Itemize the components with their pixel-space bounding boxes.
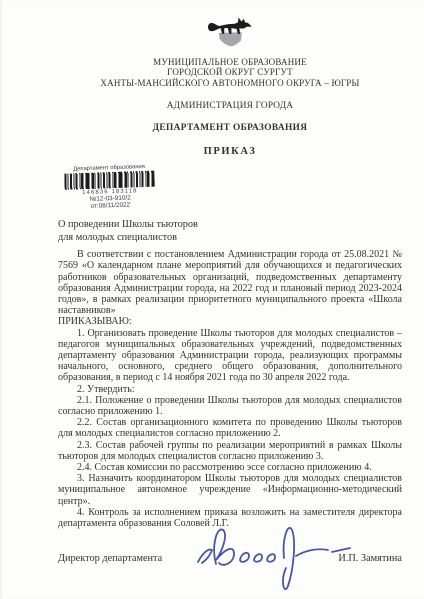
intro-paragraph: В соответствии с постановлением Админист… [58,249,402,316]
subject-line-1: О проведении Школы тьюторов [58,219,402,232]
org-name-block: МУНИЦИПАЛЬНОЕ ОБРАЗОВАНИЕ ГОРОДСКОЙ ОКРУ… [58,57,402,88]
surgut-coat-of-arms [58,14,402,48]
order-item-2: 2. Утвердить: [58,384,402,395]
order-item-4: 4. Контроль за исполнением приказа возло… [58,507,402,529]
org-line-3: ХАНТЫ-МАНСИЙСКОГО АВТОНОМНОГО ОКРУГА – Ю… [58,78,402,88]
order-item-2-3: 2.3. Состав рабочей группы по реализации… [58,440,402,462]
org-line-2: ГОРОДСКОЙ ОКРУГ СУРГУТ [58,67,402,77]
subject-line-2: для молодых специалистов [58,232,402,245]
fox-emblem-icon [207,14,253,48]
signer-name: И.П. Замятина [338,553,402,564]
administration-line: АДМИНИСТРАЦИЯ ГОРОДА [58,101,402,111]
order-item-2-4: 2.4. Состав комиссии по рассмотрению эсс… [58,462,402,473]
order-item-1: 1. Организовать проведение Школы тьюторо… [58,328,402,384]
order-item-3: 3. Назначить координатором Школы тьюторо… [58,473,402,507]
signature-row: Директор департамента И.П. Замятина [58,553,402,564]
org-line-1: МУНИЦИПАЛЬНОЕ ОБРАЗОВАНИЕ [58,57,402,67]
order-item-2-1: 2.1. Положение о проведении Школы тьютор… [58,395,402,417]
document-subject: О проведении Школы тьюторов для молодых … [58,219,402,244]
registration-stamp: Департамент образования 146836 183118 №1… [58,164,161,212]
document-body: В соответствии с постановлением Админист… [58,249,402,529]
document-page: МУНИЦИПАЛЬНОЕ ОБРАЗОВАНИЕ ГОРОДСКОЙ ОКРУ… [0,0,424,599]
document-type-title: ПРИКАЗ [58,146,402,157]
document-content: МУНИЦИПАЛЬНОЕ ОБРАЗОВАНИЕ ГОРОДСКОЙ ОКРУ… [0,0,424,564]
order-word: ПРИКАЗЫВАЮ: [58,316,402,327]
signer-title: Директор департамента [58,553,162,564]
order-item-2-2: 2.2. Состав организационного комитета по… [58,417,402,439]
department-line: ДЕПАРТАМЕНТ ОБРАЗОВАНИЯ [58,123,402,133]
